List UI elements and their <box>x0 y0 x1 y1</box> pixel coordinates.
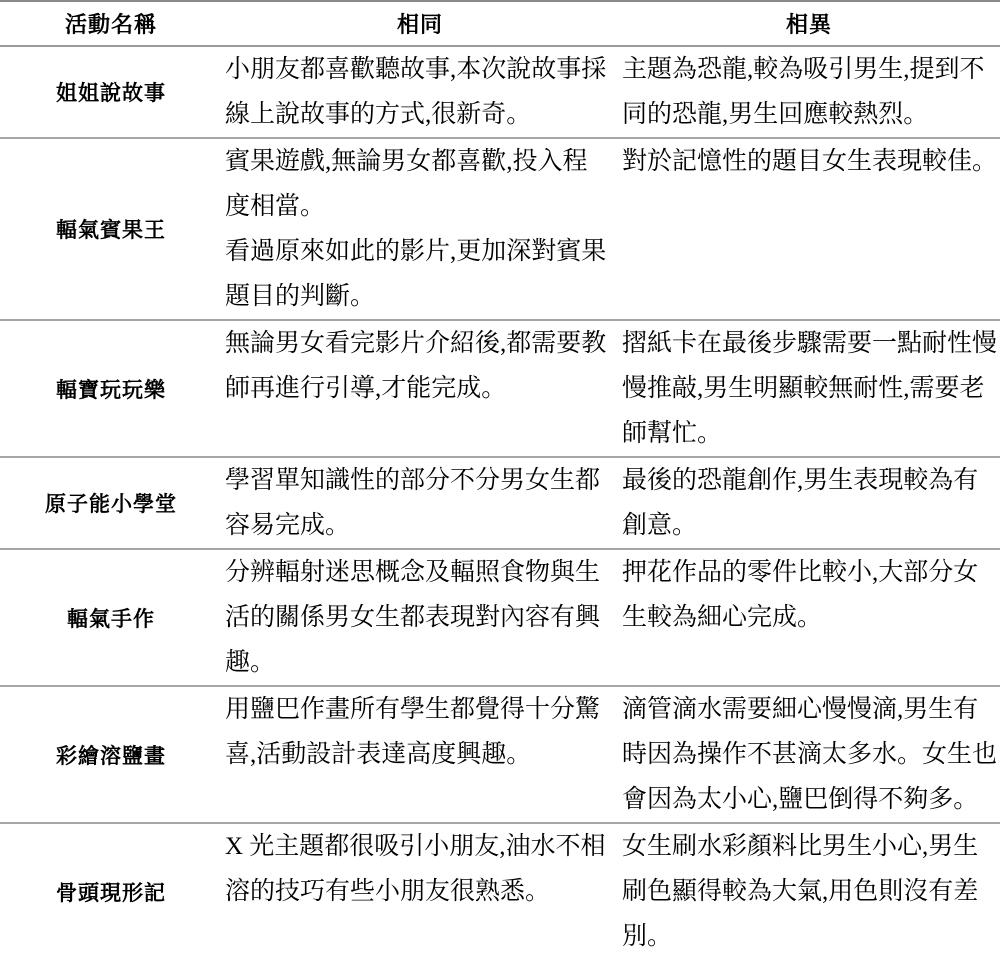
activity-name: 輻寶玩玩樂 <box>0 321 222 456</box>
same-cell: 賓果遊戲,無論男女都喜歡,投入程度相當。 看過原來如此的影片,更加深對賓果題目的… <box>222 139 618 319</box>
different-cell: 摺紙卡在最後步驟需要一點耐性慢慢推敲,男生明顯較無耐性,需要老師幫忙。 <box>618 321 1000 456</box>
activity-comparison-table: 活動名稱 相同 相異 姐姐說故事 小朋友都喜歡聽故事,本次說故事採線上說故事的方… <box>0 0 1000 957</box>
activity-name: 原子能小學堂 <box>0 458 222 548</box>
document-page: 活動名稱 相同 相異 姐姐說故事 小朋友都喜歡聽故事,本次說故事採線上說故事的方… <box>0 0 1000 957</box>
table-row: 原子能小學堂 學習單知識性的部分不分男女生都容易完成。 最後的恐龍創作,男生表現… <box>0 458 1000 550</box>
different-text: 摺紙卡在最後步驟需要一點耐性慢慢推敲,男生明顯較無耐性,需要老師幫忙。 <box>622 321 1000 456</box>
different-cell: 主題為恐龍,較為吸引男生,提到不同的恐龍,男生回應較熱烈。 <box>618 47 1000 137</box>
same-text: 看過原來如此的影片,更加深對賓果題目的判斷。 <box>225 229 608 319</box>
same-text: 學習單知識性的部分不分男女生都容易完成。 <box>225 458 608 548</box>
different-text: 押花作品的零件比較小,大部分女生較為細心完成。 <box>622 550 1000 640</box>
same-text: 小朋友都喜歡聽故事,本次說故事採線上說故事的方式,很新奇。 <box>225 47 608 137</box>
activity-name: 姐姐說故事 <box>0 47 222 137</box>
table-row: 骨頭現形記 X 光主題都很吸引小朋友,油水不相溶的技巧有些小朋友很熟悉。 女生刷… <box>0 824 1000 957</box>
header-same: 相同 <box>222 8 618 39</box>
same-cell: 小朋友都喜歡聽故事,本次說故事採線上說故事的方式,很新奇。 <box>222 47 618 137</box>
table-row: 輻氣賓果王 賓果遊戲,無論男女都喜歡,投入程度相當。 看過原來如此的影片,更加深… <box>0 139 1000 321</box>
different-cell: 押花作品的零件比較小,大部分女生較為細心完成。 <box>618 550 1000 685</box>
activity-name: 骨頭現形記 <box>0 824 222 957</box>
different-cell: 對於記憶性的題目女生表現較佳。 <box>618 139 1000 319</box>
header-different: 相異 <box>618 8 1000 39</box>
activity-name: 輻氣賓果王 <box>0 139 222 319</box>
activity-name: 輻氣手作 <box>0 550 222 685</box>
same-text: X 光主題都很吸引小朋友,油水不相溶的技巧有些小朋友很熟悉。 <box>225 824 608 914</box>
same-cell: 分辨輻射迷思概念及輻照食物與生活的關係男女生都表現對內容有興趣。 <box>222 550 618 685</box>
different-text: 主題為恐龍,較為吸引男生,提到不同的恐龍,男生回應較熱烈。 <box>622 47 1000 137</box>
same-text: 用鹽巴作畫所有學生都覺得十分驚喜,活動設計表達高度興趣。 <box>225 687 608 777</box>
table-row: 輻氣手作 分辨輻射迷思概念及輻照食物與生活的關係男女生都表現對內容有興趣。 押花… <box>0 550 1000 687</box>
different-cell: 滴管滴水需要細心慢慢滴,男生有時因為操作不甚滴太多水。女生也會因為太小心,鹽巴倒… <box>618 687 1000 822</box>
same-text: 分辨輻射迷思概念及輻照食物與生活的關係男女生都表現對內容有興趣。 <box>225 550 608 685</box>
same-text: 無論男女看完影片介紹後,都需要教師再進行引導,才能完成。 <box>225 321 608 411</box>
table-row: 姐姐說故事 小朋友都喜歡聽故事,本次說故事採線上說故事的方式,很新奇。 主題為恐… <box>0 47 1000 139</box>
different-cell: 女生刷水彩顏料比男生小心,男生刷色顯得較為大氣,用色則沒有差別。 <box>618 824 1000 957</box>
same-cell: X 光主題都很吸引小朋友,油水不相溶的技巧有些小朋友很熟悉。 <box>222 824 618 957</box>
header-activity-name: 活動名稱 <box>0 8 222 39</box>
different-text: 滴管滴水需要細心慢慢滴,男生有時因為操作不甚滴太多水。女生也會因為太小心,鹽巴倒… <box>622 687 1000 822</box>
same-cell: 用鹽巴作畫所有學生都覺得十分驚喜,活動設計表達高度興趣。 <box>222 687 618 822</box>
different-text: 最後的恐龍創作,男生表現較為有創意。 <box>622 458 1000 548</box>
same-text: 賓果遊戲,無論男女都喜歡,投入程度相當。 <box>225 139 608 229</box>
different-text: 對於記憶性的題目女生表現較佳。 <box>622 139 1000 184</box>
same-cell: 無論男女看完影片介紹後,都需要教師再進行引導,才能完成。 <box>222 321 618 456</box>
table-row: 彩繪溶鹽畫 用鹽巴作畫所有學生都覺得十分驚喜,活動設計表達高度興趣。 滴管滴水需… <box>0 687 1000 824</box>
different-cell: 最後的恐龍創作,男生表現較為有創意。 <box>618 458 1000 548</box>
activity-name: 彩繪溶鹽畫 <box>0 687 222 822</box>
table-row: 輻寶玩玩樂 無論男女看完影片介紹後,都需要教師再進行引導,才能完成。 摺紙卡在最… <box>0 321 1000 458</box>
different-text: 女生刷水彩顏料比男生小心,男生刷色顯得較為大氣,用色則沒有差別。 <box>622 824 1000 957</box>
same-cell: 學習單知識性的部分不分男女生都容易完成。 <box>222 458 618 548</box>
table-header-row: 活動名稱 相同 相異 <box>0 2 1000 47</box>
